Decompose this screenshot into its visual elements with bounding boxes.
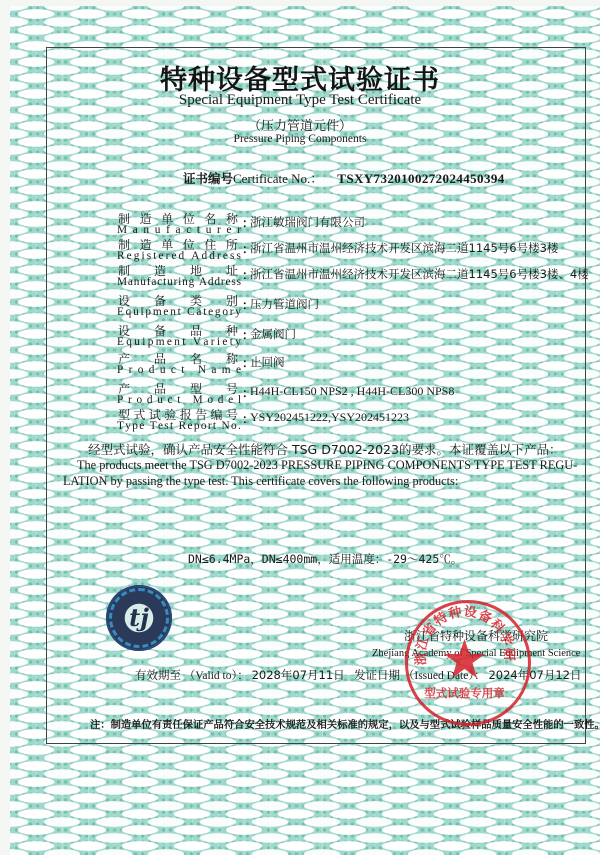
field-value: 止回阀 [250, 354, 285, 370]
statement-en-line2: LATION by passing the type test. This ce… [63, 474, 458, 489]
field-label-en: Product Name [117, 364, 241, 376]
statement-en-line1: The products meet the TSG D7002-2023 PRE… [77, 458, 577, 473]
field-label-en: Manufacturer [117, 224, 241, 236]
field-label-en: Registered Address [117, 250, 241, 262]
field-label-en: Equipment Category [117, 306, 241, 318]
field-value: 金属阀门 [250, 326, 296, 342]
valid-to-value: 2028年07月11日 [252, 668, 345, 682]
certificate-number-value: TSXY7320100272024450394 [337, 171, 504, 186]
field-label-en: Type Test Report No. [117, 420, 241, 432]
statement-cn: 经型式试验，确认产品安全性能符合 TSG D7002-2023的要求。本证覆盖以… [88, 440, 561, 458]
field-value: H44H-CL150 NPS2 , H44H-CL300 NPS8 [250, 384, 454, 399]
certificate-number: 证书编号Certificate No.：TSXY7320100272024450… [183, 168, 505, 187]
certificate-number-label-en: Certificate No.： [233, 171, 323, 186]
valid-to-label-cn: 有效期至 [135, 668, 181, 682]
field-label-en: Equipment Variety [117, 336, 241, 348]
field-value: 压力管道阀门 [250, 296, 319, 312]
field-value: 浙江省温州市温州经济技术开发区滨海二道1145号6号楼3楼 [250, 240, 558, 256]
footnote: 注：制造单位有责任保证产品符合安全技术规范及相关标准的规定，以及与型式试验样品质… [90, 716, 600, 731]
red-official-stamp-icon: 浙江省特种设备科学研究院 型式试验专用章 [405, 600, 531, 726]
stamp-graphic: 浙江省特种设备科学研究院 型式试验专用章 [408, 603, 521, 716]
stamp-bottom-text: 型式试验专用章 [424, 686, 505, 700]
certificate-number-label-cn: 证书编号 [183, 171, 233, 186]
issued-date-label-cn: 发证日期 [354, 668, 400, 682]
product-scope: DN≤6.4MPa，DN≤400mm，适用温度：-29～425℃。 [188, 551, 462, 567]
field-label-en: Product Model [117, 394, 241, 406]
field-value: YSY202451222,YSY202451223 [250, 410, 409, 425]
tj-hologram-seal-icon: tj [106, 585, 172, 651]
seal-glyph: tj [106, 603, 172, 632]
valid-to-label-en: （Valid to）： [184, 670, 249, 682]
valid-to: 有效期至 （Valid to）： 2028年07月11日 [135, 667, 345, 683]
field-value: 浙江省温州市温州经济技术开发区滨海二道1145号6号楼3楼、4楼 [250, 266, 589, 282]
subtitle-cn: （压力管道元件） [0, 115, 600, 134]
field-value: 浙江敏瑞阀门有限公司 [250, 214, 365, 230]
title-en: Special Equipment Type Test Certificate [0, 92, 600, 109]
subtitle-en: Pressure Piping Components [0, 133, 600, 145]
field-label-en: Manufacturing Address [117, 276, 241, 288]
